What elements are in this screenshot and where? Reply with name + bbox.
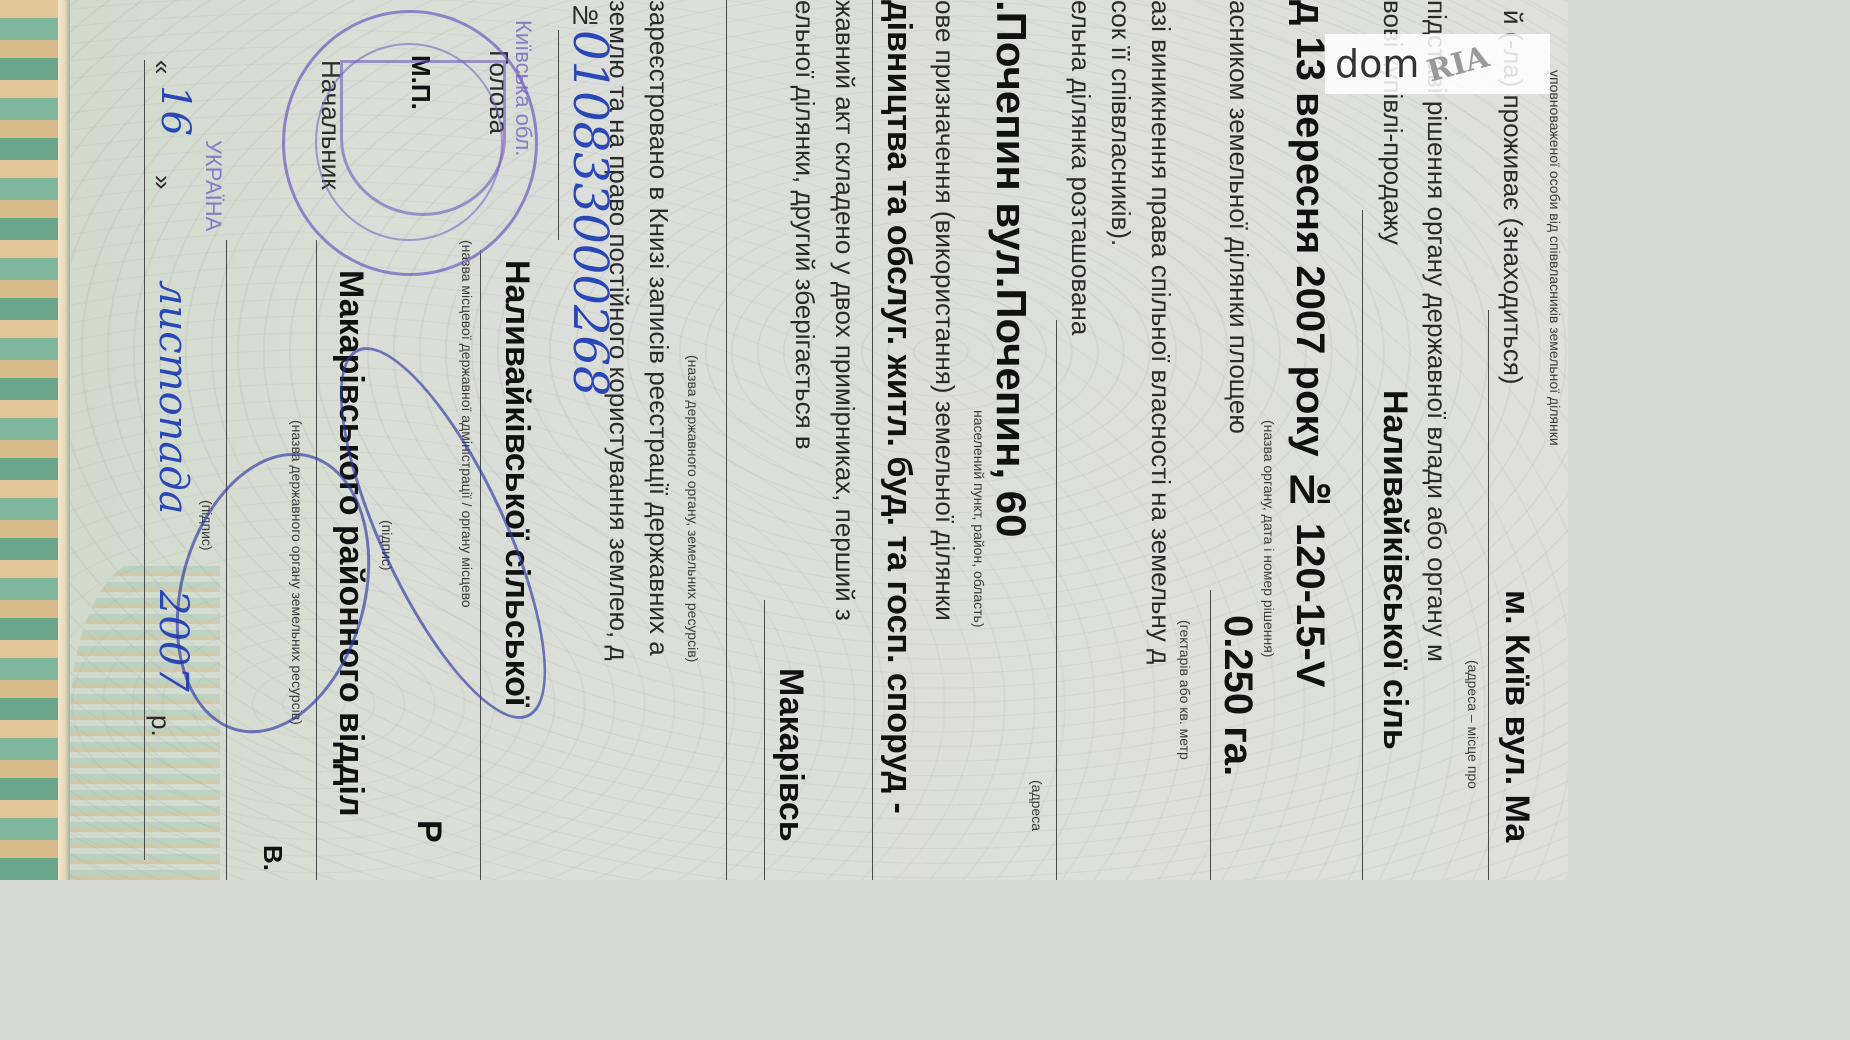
- stamp-text: Київська обл.: [510, 20, 536, 156]
- rule: [144, 60, 145, 860]
- copies-label-2: ельної ділянки, другий зберігається в: [792, 0, 818, 450]
- copies-label: жавний акт складено у двох примірниках, …: [832, 0, 858, 621]
- kept-value: Макарівсь: [774, 668, 808, 842]
- rule: [764, 600, 765, 880]
- stamp-text: УКРАЇНА: [200, 140, 226, 231]
- date-close-quote: »: [150, 175, 176, 189]
- purpose-label: ове призначення (використання) земельної…: [932, 0, 958, 621]
- kept-caption: (назва державного органу, земельних ресу…: [686, 355, 700, 662]
- rule: [1210, 590, 1211, 880]
- resides-caption: (адреса – місце про: [1466, 660, 1480, 789]
- location-caption: (адреса: [1030, 780, 1044, 831]
- registered-label: зареєстровано в Книзі записів реєстрації…: [646, 0, 672, 656]
- decision-caption: (назва органу, дата і номер рішення): [1262, 420, 1276, 657]
- area-value: 0.250 га.: [1218, 615, 1258, 776]
- rule: [872, 0, 873, 880]
- letter-p: Р: [412, 820, 446, 843]
- basis-label: підставі рішення органу державної влади …: [1424, 0, 1450, 662]
- co-owner-caption: уповноваженої особи від співвласників зе…: [1548, 70, 1562, 446]
- ornamental-border: [0, 0, 58, 880]
- basis-value: Наливайківської сіль: [1378, 390, 1412, 750]
- document-photo: уповноваженої особи від співвласників зе…: [0, 0, 1568, 880]
- location-label: ельна ділянка розташована: [1068, 0, 1094, 335]
- rule: [558, 30, 559, 240]
- rule: [726, 0, 727, 880]
- date-open-quote: «: [150, 60, 176, 74]
- number-prefix: №: [572, 0, 598, 30]
- decision-value: д 13 вересня 2007 року № 120-15-V: [1290, 0, 1330, 687]
- owner-area-label: асником земельної ділянки площею: [1226, 0, 1252, 434]
- date-day: 16: [152, 85, 198, 136]
- resides-value: м. Київ вул. Ма: [1500, 590, 1534, 842]
- rule: [1056, 320, 1057, 880]
- trident-emblem-icon: [340, 60, 506, 216]
- address-caption: населений пункт, район, область): [972, 410, 986, 627]
- date-month: листопада: [150, 280, 196, 514]
- area-caption: (гектарів або кв. метр: [1178, 620, 1192, 760]
- watermark-ria-logo-icon: RIA: [1424, 39, 1493, 89]
- letter-v: В.: [260, 845, 286, 871]
- address-value: .Почепин вул.Почепин, 60: [990, 0, 1032, 538]
- rule: [1362, 210, 1363, 880]
- purpose-value: дівництва та обслуг. житл. буд. та госп.…: [882, 0, 916, 814]
- rule: [1488, 310, 1489, 880]
- joint-ownership-label-2: сок її співвласників).: [1108, 0, 1134, 246]
- watermark-brand: dom: [1335, 42, 1419, 86]
- watermark: dom RIA: [1325, 34, 1550, 94]
- registration-number: 010833000268: [562, 30, 618, 396]
- date-suffix: р.: [148, 715, 174, 737]
- joint-ownership-label: азі виникнення права спільної власності …: [1148, 0, 1174, 664]
